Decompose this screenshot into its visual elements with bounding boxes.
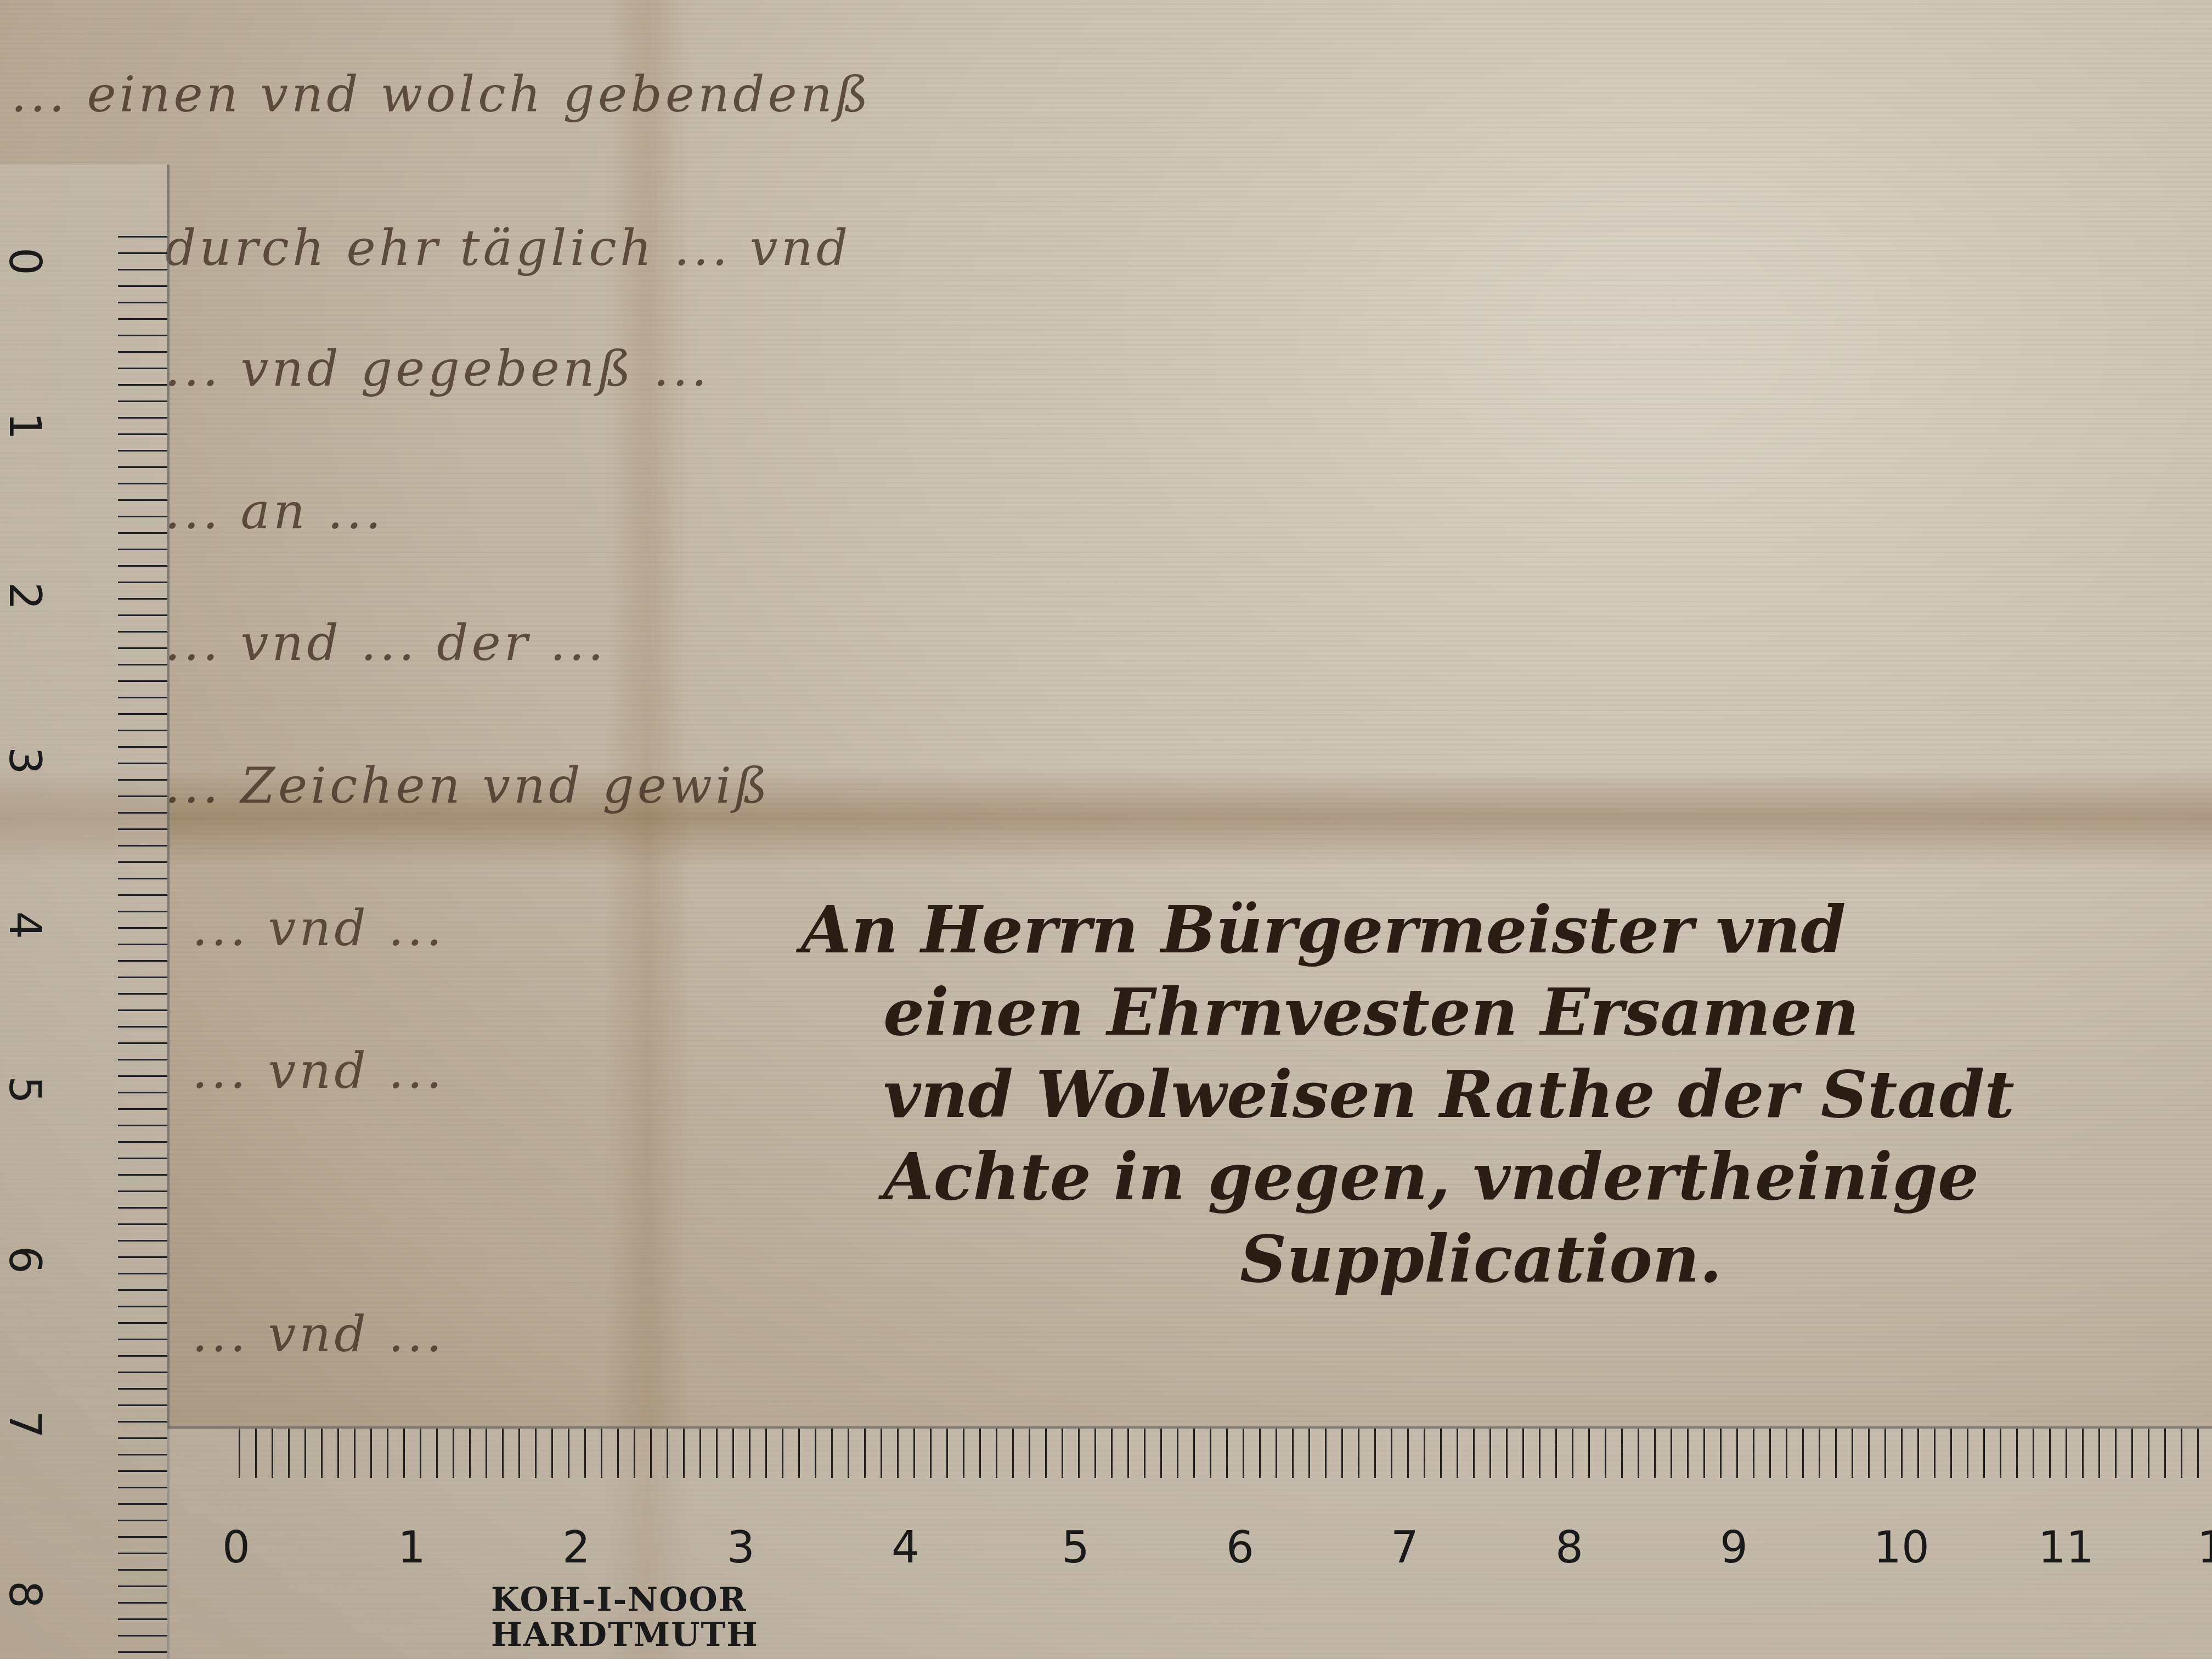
ruler-label: 10 bbox=[1874, 1522, 1929, 1573]
background-script-line: ... einen vnd wolch gebendenß bbox=[11, 66, 872, 123]
address-block: An Herrn Bürgermeister vnd einen Ehrnves… bbox=[801, 889, 2063, 1300]
ruler-label: 3 bbox=[727, 1522, 755, 1573]
ruler-label: 6 bbox=[1226, 1522, 1254, 1573]
ruler-label: 7 bbox=[0, 1410, 50, 1438]
background-script-line: ... vnd ... bbox=[192, 900, 445, 957]
ruler-label: 1 bbox=[398, 1522, 426, 1573]
ruler-ticks bbox=[118, 236, 167, 1659]
background-script-line: ... vnd ... bbox=[192, 1042, 445, 1100]
background-script-line: durch ehr täglich ... vnd bbox=[165, 219, 851, 277]
background-script-line: ... vnd ... bbox=[192, 1306, 445, 1363]
brand-line-2: HARDTMUTH bbox=[491, 1617, 759, 1652]
ruler-label: 8 bbox=[1555, 1522, 1583, 1573]
address-line-2: einen Ehrnvesten Ersamen bbox=[801, 971, 2063, 1053]
ruler-label: 3 bbox=[0, 747, 50, 775]
ruler-ticks bbox=[239, 1429, 2212, 1478]
ruler-label: 5 bbox=[1062, 1522, 1090, 1573]
ruler-label: 7 bbox=[1391, 1522, 1419, 1573]
vertical-ruler: 0 1 2 3 4 5 6 7 8 bbox=[0, 165, 170, 1659]
background-script-line: ... vnd ... der ... bbox=[165, 614, 607, 672]
ruler-label: 4 bbox=[891, 1522, 919, 1573]
background-script-line: ... Zeichen vnd gewiß bbox=[165, 757, 771, 815]
ruler-label: 1 bbox=[2197, 1522, 2212, 1573]
ruler-label: 4 bbox=[0, 911, 50, 939]
horizontal-ruler: 0 1 2 3 4 5 6 7 8 9 10 11 1 KOH-I-NOOR H… bbox=[167, 1426, 2212, 1659]
background-script-line: ... an ... bbox=[165, 483, 385, 540]
ruler-label: 2 bbox=[562, 1522, 590, 1573]
address-line-1: An Herrn Bürgermeister vnd bbox=[801, 889, 2063, 971]
ruler-label: 2 bbox=[0, 582, 50, 610]
ruler-label: 1 bbox=[0, 412, 50, 440]
ruler-label: 9 bbox=[1720, 1522, 1748, 1573]
address-line-4: Achte in gegen, vndertheinige bbox=[801, 1136, 2063, 1218]
ruler-label: 8 bbox=[0, 1581, 50, 1609]
brand-line-1: KOH-I-NOOR bbox=[491, 1582, 759, 1617]
ruler-label: 11 bbox=[2038, 1522, 2094, 1573]
address-line-5: Supplication. bbox=[801, 1218, 2063, 1300]
background-script-line: ... vnd gegebenß ... bbox=[165, 340, 710, 398]
ruler-label: 5 bbox=[0, 1076, 50, 1104]
ruler-label: 0 bbox=[222, 1522, 250, 1573]
ruler-brand: KOH-I-NOOR HARDTMUTH bbox=[491, 1582, 759, 1652]
address-line-3: vnd Wolweisen Rathe der Stadt bbox=[801, 1053, 2063, 1136]
ruler-label: 0 bbox=[0, 247, 50, 275]
ruler-label: 6 bbox=[0, 1246, 50, 1274]
